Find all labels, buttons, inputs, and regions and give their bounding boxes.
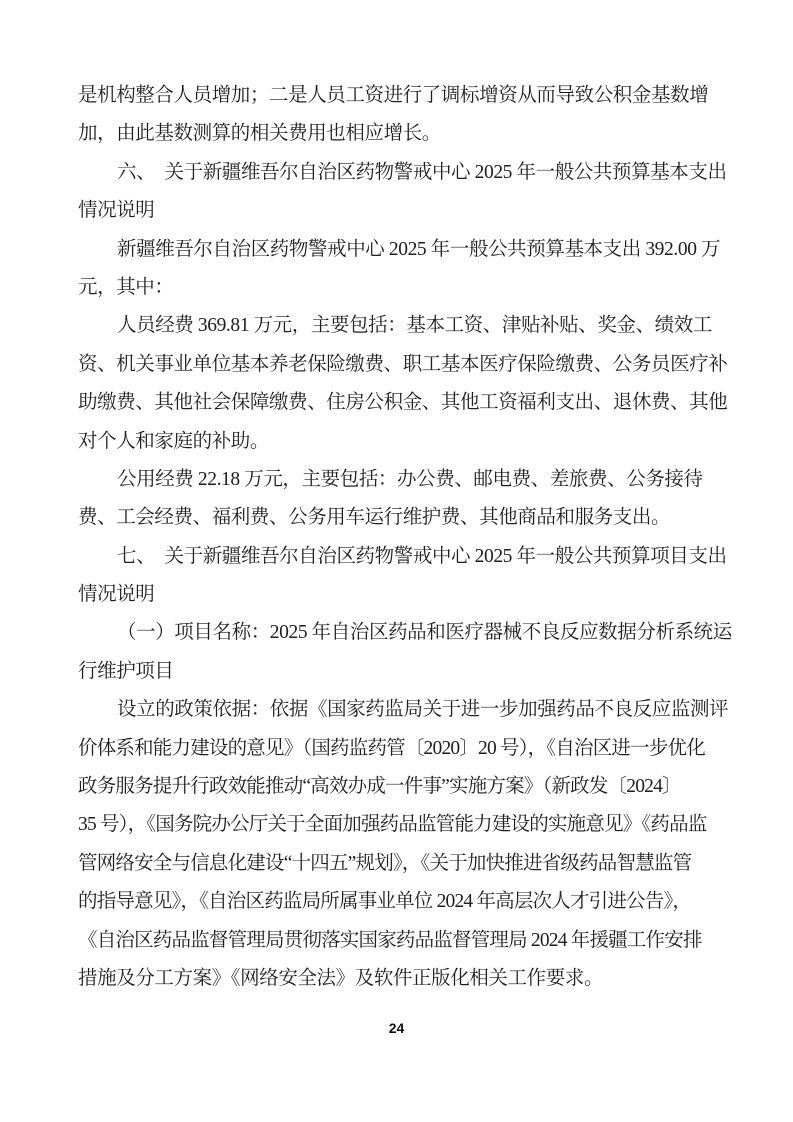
text-line: （一）项目名称：2025 年自治区药品和医疗器械不良反应数据分析系统运 (78, 614, 714, 652)
page-footer: 24 (0, 1020, 793, 1038)
text-line: 措施及分工方案》《网络安全法》及软件正版化相关工作要求。 (78, 960, 714, 998)
text-line: 加，由此基数测算的相关费用也相应增长。 (78, 115, 714, 153)
page-number: 24 (389, 1020, 405, 1036)
text-line: 元，其中： (78, 269, 714, 307)
text-line: 公用经费 22.18 万元，主要包括：办公费、邮电费、差旅费、公务接待 (78, 461, 714, 499)
text-line: 《自治区药品监督管理局贯彻落实国家药品监督管理局 2024 年援疆工作安排 (78, 922, 714, 960)
text-line: 人员经费 369.81 万元，主要包括：基本工资、津贴补贴、奖金、绩效工 (78, 307, 714, 345)
text-line: 费、工会经费、福利费、公务用车运行维护费、其他商品和服务支出。 (78, 499, 714, 537)
text-line: 资、机关事业单位基本养老保险缴费、职工基本医疗保险缴费、公务员医疗补 (78, 346, 714, 384)
text-line: 行维护项目 (78, 653, 714, 691)
text-line-section-heading: 情况说明 (78, 576, 714, 614)
document-body: 是机构整合人员增加；二是人员工资进行了调标增资从而导致公积金基数增 加，由此基数… (78, 77, 714, 998)
text-line: 新疆维吾尔自治区药物警戒中心 2025 年一般公共预算基本支出 392.00 万 (78, 231, 714, 269)
text-line: 管网络安全与信息化建设“十四五”规划》，《关于加快推进省级药品智慧监管 (78, 845, 714, 883)
text-line: 设立的政策依据：依据《国家药监局关于进一步加强药品不良反应监测评 (78, 691, 714, 729)
text-line: 对个人和家庭的补助。 (78, 423, 714, 461)
text-line: 助缴费、其他社会保障缴费、住房公积金、其他工资福利支出、退休费、其他 (78, 384, 714, 422)
document-page: 是机构整合人员增加；二是人员工资进行了调标增资从而导致公积金基数增 加，由此基数… (0, 0, 793, 1122)
text-line-section-heading: 六、 关于新疆维吾尔自治区药物警戒中心 2025 年一般公共预算基本支出 (78, 154, 714, 192)
text-line: 的指导意见》，《自治区药监局所属事业单位 2024 年高层次人才引进公告》， (78, 883, 714, 921)
text-line: 35 号），《国务院办公厅关于全面加强药品监管能力建设的实施意见》《药品监 (78, 806, 714, 844)
text-line: 政务服务提升行政效能推动“高效办成一件事”实施方案》（新政发〔2024〕 (78, 768, 714, 806)
text-line-section-heading: 七、 关于新疆维吾尔自治区药物警戒中心 2025 年一般公共预算项目支出 (78, 538, 714, 576)
text-line: 价体系和能力建设的意见》（国药监药管〔2020〕20 号），《自治区进一步优化 (78, 730, 714, 768)
text-line: 是机构整合人员增加；二是人员工资进行了调标增资从而导致公积金基数增 (78, 77, 714, 115)
text-line-section-heading: 情况说明 (78, 192, 714, 230)
